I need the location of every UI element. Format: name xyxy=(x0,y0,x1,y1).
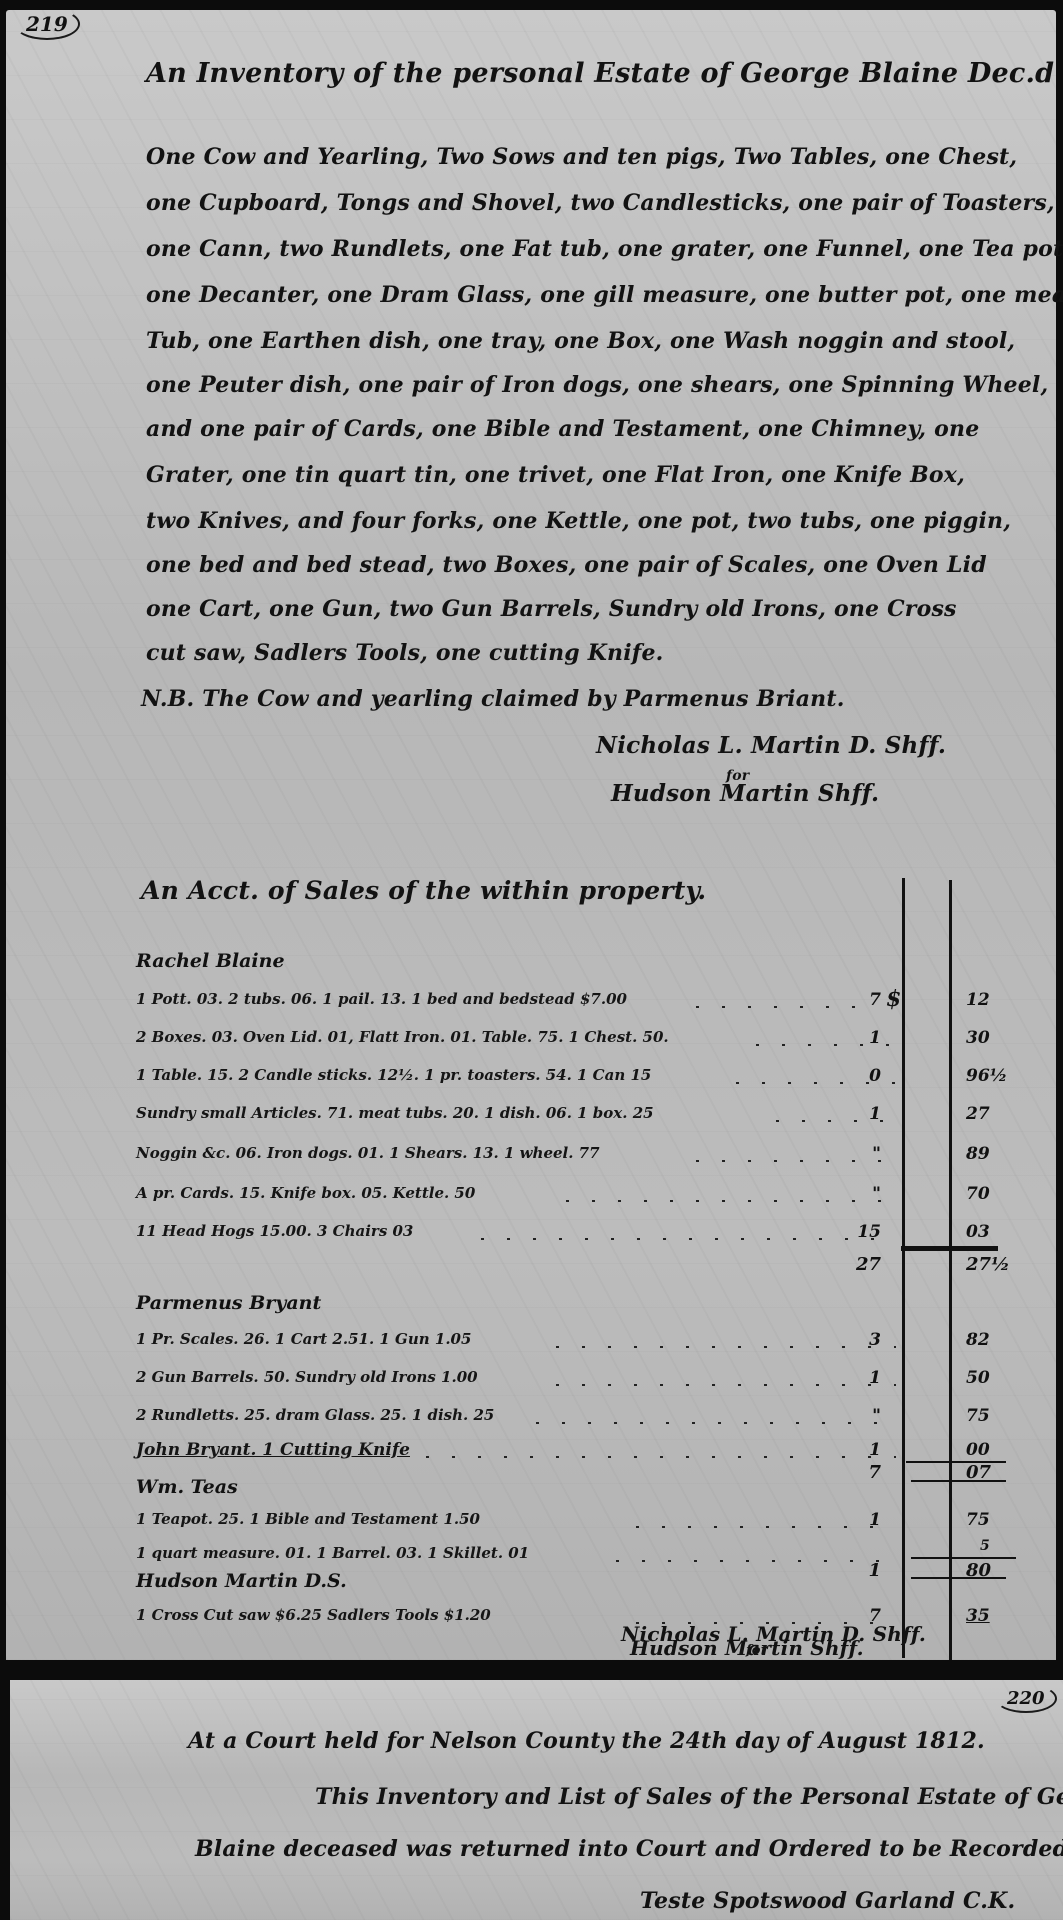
ledger-row: A pr. Cards. 15. Knife box. 05. Kettle. … xyxy=(136,1184,1016,1214)
amount-cents: 30 xyxy=(966,1028,1036,1048)
court-heading: At a Court held for Nelson County the 24… xyxy=(188,1728,985,1754)
item-description: 1 Cross Cut saw $6.25 Sadlers Tools $1.2… xyxy=(136,1606,491,1624)
signature-deputy-sheriff: Nicholas L. Martin D. Shff. xyxy=(596,732,946,759)
item-description: 2 Gun Barrels. 50. Sundry old Irons 1.00 xyxy=(136,1368,478,1386)
document-title: An Inventory of the personal Estate of G… xyxy=(146,58,1054,89)
subtotal-row: 27 27½ xyxy=(136,1254,1016,1284)
dot-leader xyxy=(426,1456,896,1458)
total-rule xyxy=(911,1480,1006,1482)
total-rule xyxy=(911,1577,1006,1579)
ledger-row: Noggin &c. 06. Iron dogs. 01. 1 Shears. … xyxy=(136,1144,1016,1174)
page-number: 219 xyxy=(14,8,80,40)
inventory-line: One Cow and Yearling, Two Sows and ten p… xyxy=(146,144,1017,170)
buyer-name: John Bryant. 1 Cutting Knife xyxy=(136,1440,410,1460)
amount-dollars: 0 xyxy=(841,1066,881,1086)
inventory-line: Tub, one Earthen dish, one tray, one Box… xyxy=(146,328,1015,354)
page-number: 220 xyxy=(995,1684,1057,1713)
amount-dollars: 1 xyxy=(841,1028,881,1048)
amount-dollars: 7 xyxy=(841,990,881,1010)
buyer-name: Hudson Martin D.S. xyxy=(136,1570,347,1592)
total-dollars: 7 xyxy=(841,1462,881,1483)
claim-note: N.B. The Cow and yearling claimed by Par… xyxy=(141,686,845,712)
amount-cents: 50 xyxy=(966,1368,1036,1388)
closing-signature-sheriff: Hudson Martin Shff. xyxy=(630,1636,864,1660)
ledger-row: Sundry small Articles. 71. meat tubs. 20… xyxy=(136,1104,1016,1134)
ledger-row: 1 Pr. Scales. 26. 1 Cart 2.51. 1 Gun 1.0… xyxy=(136,1330,1016,1360)
inventory-line: and one pair of Cards, one Bible and Tes… xyxy=(146,416,979,442)
item-description: 2 Boxes. 03. Oven Lid. 01, Flatt Iron. 0… xyxy=(136,1028,669,1046)
item-description: 1 Table. 15. 2 Candle sticks. 12½. 1 pr.… xyxy=(136,1066,651,1084)
ledger-row: 1 Teapot. 25. 1 Bible and Testament 1.50… xyxy=(136,1510,1016,1540)
amount-cents: 75 xyxy=(966,1510,1036,1530)
inventory-line: cut saw, Sadlers Tools, one cutting Knif… xyxy=(146,640,664,666)
inventory-line: one Decanter, one Dram Glass, one gill m… xyxy=(146,282,1063,308)
inventory-line: one Peuter dish, one pair of Iron dogs, … xyxy=(146,372,1048,398)
inventory-line: one Cupboard, Tongs and Shovel, two Cand… xyxy=(146,190,1055,216)
record-text-line: Blaine deceased was returned into Court … xyxy=(195,1836,1063,1862)
amount-dollars: " xyxy=(841,1406,881,1426)
amount-cents: 35 xyxy=(966,1606,1036,1626)
amount-cents: 89 xyxy=(966,1144,1036,1164)
signature-sheriff: Hudson Martin Shff. xyxy=(611,780,879,807)
document-page-220: 220 At a Court held for Nelson County th… xyxy=(10,1680,1063,1920)
inventory-line: one Cart, one Gun, two Gun Barrels, Sund… xyxy=(146,596,957,622)
sales-heading: An Acct. of Sales of the within property… xyxy=(141,876,706,905)
amount-cents: 5 xyxy=(966,1538,1050,1554)
clerk-attestation: Teste Spotswood Garland C.K. xyxy=(640,1888,1015,1914)
amount-cents: 70 xyxy=(966,1184,1036,1204)
buyer-name: Parmenus Bryant xyxy=(136,1292,321,1314)
dot-leader xyxy=(481,1238,896,1240)
ledger-row: 2 Boxes. 03. Oven Lid. 01, Flatt Iron. 0… xyxy=(136,1028,1016,1058)
ledger-row: 2 Gun Barrels. 50. Sundry old Irons 1.00… xyxy=(136,1368,1016,1398)
amount-cents: 27 xyxy=(966,1104,1036,1124)
amount-dollars: 3 xyxy=(841,1330,881,1350)
amount-dollars: " xyxy=(841,1144,881,1164)
total-dollars: 1 xyxy=(841,1560,881,1581)
inventory-line: one bed and bed stead, two Boxes, one pa… xyxy=(146,552,987,578)
item-description: 1 Teapot. 25. 1 Bible and Testament 1.50 xyxy=(136,1510,480,1528)
amount-cents: 82 xyxy=(966,1330,1036,1350)
document-page-219: 219 An Inventory of the personal Estate … xyxy=(6,10,1056,1660)
ledger-row: 1 Pott. 03. 2 tubs. 06. 1 pail. 13. 1 be… xyxy=(136,990,1016,1020)
amount-dollars: 1 xyxy=(841,1104,881,1124)
buyer-name: Rachel Blaine xyxy=(136,950,285,972)
subtotal-row: 7 07 xyxy=(136,1462,1016,1492)
amount-dollars: 15 xyxy=(841,1222,881,1242)
amount-dollars: " xyxy=(841,1184,881,1204)
inventory-line: Grater, one tin quart tin, one trivet, o… xyxy=(146,462,965,488)
total-rule xyxy=(901,1246,998,1251)
amount-cents: 03 xyxy=(966,1222,1036,1242)
record-text-line: This Inventory and List of Sales of the … xyxy=(315,1784,1063,1810)
dollar-sign: $ xyxy=(886,986,901,1012)
ledger-row: 1 Table. 15. 2 Candle sticks. 12½. 1 pr.… xyxy=(136,1066,1016,1096)
inventory-line: one Cann, two Rundlets, one Fat tub, one… xyxy=(146,236,1063,262)
amount-dollars: 1 xyxy=(841,1510,881,1530)
amount-cents: 96½ xyxy=(966,1066,1036,1086)
amount-cents: 12 xyxy=(966,990,1036,1010)
total-cents: 27½ xyxy=(966,1254,1036,1275)
item-description: Sundry small Articles. 71. meat tubs. 20… xyxy=(136,1104,654,1122)
amount-cents: 75 xyxy=(966,1406,1036,1426)
total-rule xyxy=(911,1557,1016,1559)
total-dollars: 27 xyxy=(841,1254,881,1275)
item-description: 1 Pott. 03. 2 tubs. 06. 1 pail. 13. 1 be… xyxy=(136,990,627,1008)
amount-dollars: 1 xyxy=(841,1440,881,1460)
item-description: Noggin &c. 06. Iron dogs. 01. 1 Shears. … xyxy=(136,1144,600,1162)
item-description: 2 Rundletts. 25. dram Glass. 25. 1 dish.… xyxy=(136,1406,494,1424)
buyer-name: Wm. Teas xyxy=(136,1476,238,1498)
inventory-line: two Knives, and four forks, one Kettle, … xyxy=(146,508,1011,534)
amount-cents: 00 xyxy=(966,1440,1036,1460)
item-description: A pr. Cards. 15. Knife box. 05. Kettle. … xyxy=(136,1184,475,1202)
amount-dollars: 1 xyxy=(841,1368,881,1388)
item-description: 1 Pr. Scales. 26. 1 Cart 2.51. 1 Gun 1.0… xyxy=(136,1330,471,1348)
item-description: 11 Head Hogs 15.00. 3 Chairs 03 xyxy=(136,1222,413,1240)
ledger-row: 2 Rundletts. 25. dram Glass. 25. 1 dish.… xyxy=(136,1406,1016,1436)
ledger-row: 11 Head Hogs 15.00. 3 Chairs 03 15 03 xyxy=(136,1222,1016,1252)
